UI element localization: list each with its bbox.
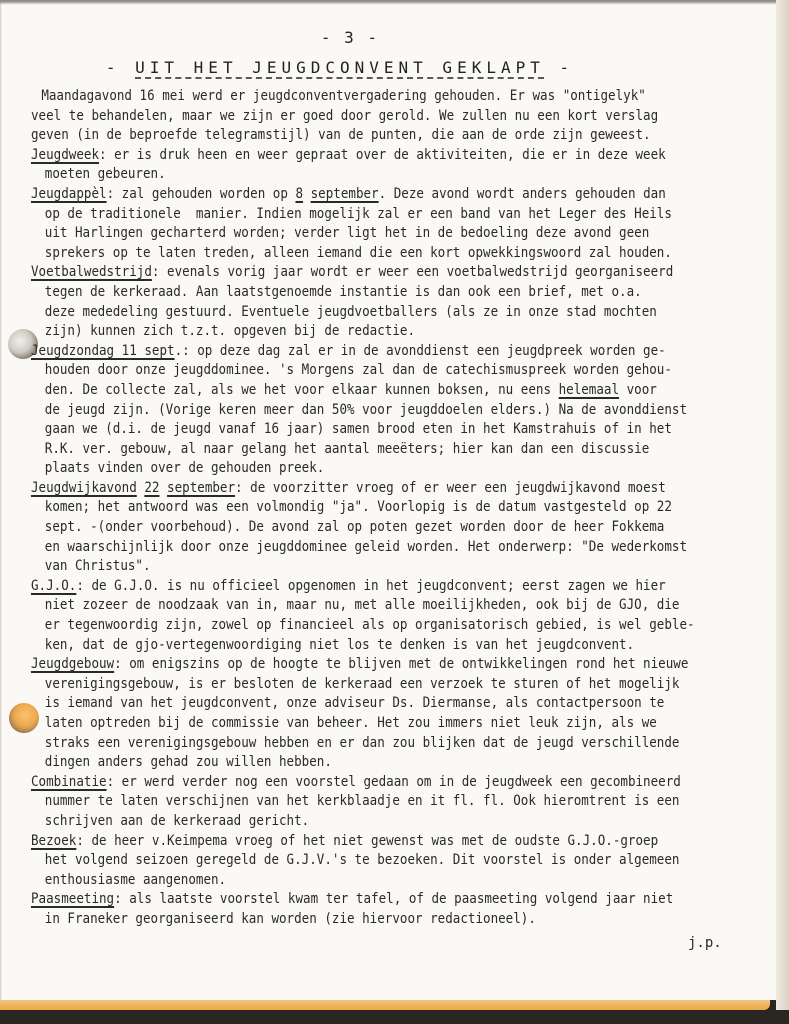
section-text: sprekers op te laten treden, alleen iema… (45, 244, 672, 261)
page-edge (776, 0, 789, 1010)
section-keyword: Combinatie (31, 773, 107, 790)
section-line: in Franeker georganiseerd kan worden (zi… (31, 909, 771, 929)
section-line: komen; het antwoord was een volmondig "j… (31, 497, 771, 517)
title-dash: - (106, 58, 135, 77)
section-keyword: Jeugdappèl (31, 185, 107, 202)
section-line: deze mededeling gestuurd. Eventuele jeug… (31, 302, 771, 322)
section-line: sprekers op te laten treden, alleen iema… (31, 243, 771, 263)
section-first-line: G.J.O.: de G.J.O. is nu officieel opgeno… (31, 576, 771, 596)
section-text: . Deze avond wordt anders gehouden dan (379, 185, 666, 202)
section-line: en waarschijnlijk door onze jeugddominee… (31, 537, 771, 557)
section-first-line: Voetbalwedstrijd: evenals vorig jaar wor… (31, 262, 771, 282)
section-first-line: Jeugdappèl: zal gehouden worden op 8 sep… (31, 184, 771, 204)
underlined-date: september (311, 185, 379, 202)
section-text: laten optreden bij de commissie van behe… (45, 714, 657, 731)
section-keyword: G.J.O. (31, 577, 76, 594)
section-text: R.K. ver. gebouw, al naar gelang het aan… (45, 440, 649, 457)
section-text: is iemand van het jeugdconvent, onze adv… (45, 694, 665, 711)
section-text: verenigingsgebouw, is er besloten de ker… (45, 675, 680, 692)
section-line: schrijven aan de kerkeraad gericht. (31, 811, 771, 831)
section-text: tegen de kerkeraad. Aan laatstgenoemde i… (45, 283, 642, 300)
section-line: het volgend seizoen geregeld de G.J.V.'s… (31, 850, 771, 870)
section-line: nummer te laten verschijnen van het kerk… (31, 791, 771, 811)
section-text: uit Harlingen gecharterd worden; verder … (45, 224, 649, 241)
section-text: voor (619, 381, 657, 398)
section-first-line: Jeugdzondag 11 sept.: op deze dag zal er… (31, 341, 771, 361)
section-text: den. De collecte zal, als we het voor el… (45, 381, 559, 398)
page-title: - UIT HET JEUGDCONVENT GEKLAPT - (0, 58, 680, 77)
section-keyword: Jeugdweek (31, 146, 99, 163)
section-text: de jeugd zijn. (Vorige keren meer dan 50… (45, 401, 687, 418)
section-text: : zal gehouden worden op (107, 185, 296, 202)
section-line: sept. -(onder voorbehoud). De avond zal … (31, 517, 771, 537)
section-text: ken, dat de gjo-vertegenwoordiging niet … (45, 636, 634, 653)
section-text: zijn) kunnen zich t.z.t. opgeven bij de … (45, 322, 415, 339)
section-line: er tegenwoordig zijn, zowel op financiee… (31, 615, 771, 635)
section-text (303, 185, 311, 202)
section-text: : de G.J.O. is nu officieel opgenomen in… (76, 577, 665, 594)
underlined-date: 22 (144, 479, 159, 496)
section-keyword: Jeugdgebouw (31, 655, 114, 672)
section-line: de jeugd zijn. (Vorige keren meer dan 50… (31, 400, 771, 420)
section-text: : als laatste voorstel kwam ter tafel, o… (114, 890, 673, 907)
section-text: straks een verenigingsgebouw hebben en e… (45, 734, 680, 751)
section-text: .: op deze dag zal er in de avonddienst … (175, 342, 666, 359)
article-body: Maandagavond 16 mei werd er jeugdconvent… (31, 86, 771, 929)
section-text: : de voorzitter vroeg of er weer een jeu… (235, 479, 666, 496)
section-first-line: Jeugdweek: er is druk heen en weer gepra… (31, 145, 771, 165)
section-line: zijn) kunnen zich t.z.t. opgeven bij de … (31, 321, 771, 341)
section-keyword: Voetbalwedstrijd (31, 263, 152, 280)
intro-line: geven (in de beproefde telegramstijl) va… (31, 125, 771, 145)
section-text: van Christus". (45, 557, 151, 574)
section-text: er tegenwoordig zijn, zowel op financiee… (45, 616, 695, 633)
section-text: op de traditionele manier. Indien mogeli… (45, 205, 672, 222)
section-line: niet zozeer de noodzaak van in, maar nu,… (31, 595, 771, 615)
section-first-line: Jeugdgebouw: om enigszins op de hoogte t… (31, 654, 771, 674)
section-text: : evenals vorig jaar wordt er weer een v… (152, 263, 673, 280)
section-line: gaan we (d.i. de jeugd vanaf 16 jaar) sa… (31, 419, 771, 439)
section-first-line: Jeugdwijkavond 22 september: de voorzitt… (31, 478, 771, 498)
section-text: : er is druk heen en weer gepraat over d… (99, 146, 666, 163)
page-number: - 3 - (0, 28, 700, 47)
underlined-word: helemaal (559, 381, 619, 398)
section-line: uit Harlingen gecharterd worden; verder … (31, 223, 771, 243)
section-text: enthousiasme aangenomen. (45, 871, 226, 888)
section-text: en waarschijnlijk door onze jeugddominee… (45, 538, 687, 555)
section-text: deze mededeling gestuurd. Eventuele jeug… (45, 303, 657, 320)
section-text: plaats vinden over de gehouden preek. (45, 459, 325, 476)
section-text: houden door onze jeugddominee. 's Morgen… (45, 361, 672, 378)
title-text: UIT HET JEUGDCONVENT GEKLAPT (135, 58, 545, 77)
intro-line: Maandagavond 16 mei werd er jeugdconvent… (31, 86, 771, 106)
section-text: : om enigszins op de hoogte te blijven m… (114, 655, 688, 672)
section-text: : er werd verder nog een voorstel gedaan… (107, 773, 681, 790)
section-line: van Christus". (31, 556, 771, 576)
section-line: op de traditionele manier. Indien mogeli… (31, 204, 771, 224)
section-first-line: Bezoek: de heer v.Keimpema vroeg of het … (31, 831, 771, 851)
section-line: laten optreden bij de commissie van behe… (31, 713, 771, 733)
section-line: tegen de kerkeraad. Aan laatstgenoemde i… (31, 282, 771, 302)
section-line: plaats vinden over de gehouden preek. (31, 458, 771, 478)
signature: j.p. (688, 935, 722, 951)
section-keyword: Bezoek (31, 832, 76, 849)
section-text: het volgend seizoen geregeld de G.J.V.'s… (45, 851, 680, 868)
section-line: ken, dat de gjo-vertegenwoordiging niet … (31, 635, 771, 655)
section-keyword: Jeugdzondag 11 sept (31, 342, 175, 359)
section-text: niet zozeer de noodzaak van in, maar nu,… (45, 596, 680, 613)
section-text: moeten gebeuren. (45, 165, 166, 182)
section-keyword: Paasmeeting (31, 890, 114, 907)
section-text: komen; het antwoord was een volmondig "j… (45, 498, 672, 515)
section-text: in Franeker georganiseerd kan worden (zi… (45, 910, 536, 927)
background (0, 1010, 789, 1024)
section-text: gaan we (d.i. de jeugd vanaf 16 jaar) sa… (45, 420, 672, 437)
section-line: moeten gebeuren. (31, 164, 771, 184)
section-line: straks een verenigingsgebouw hebben en e… (31, 733, 771, 753)
section-text: nummer te laten verschijnen van het kerk… (45, 792, 680, 809)
section-first-line: Combinatie: er werd verder nog een voors… (31, 772, 771, 792)
section-text: sept. -(onder voorbehoud). De avond zal … (45, 518, 665, 535)
section-line: R.K. ver. gebouw, al naar gelang het aan… (31, 439, 771, 459)
section-first-line: Paasmeeting: als laatste voorstel kwam t… (31, 889, 771, 909)
section-line: enthousiasme aangenomen. (31, 870, 771, 890)
section-line: verenigingsgebouw, is er besloten de ker… (31, 674, 771, 694)
section-line: den. De collecte zal, als we het voor el… (31, 380, 771, 400)
section-line: dingen anders gehad zou willen hebben. (31, 752, 771, 772)
section-text: : de heer v.Keimpema vroeg of het niet g… (76, 832, 658, 849)
section-keyword: Jeugdwijkavond (31, 479, 137, 496)
section-text: schrijven aan de kerkeraad gericht. (45, 812, 309, 829)
page-bottom-edge (0, 1000, 770, 1010)
section-text (137, 479, 145, 496)
section-line: is iemand van het jeugdconvent, onze adv… (31, 693, 771, 713)
intro-line: veel te behandelen, maar we zijn er goed… (31, 106, 771, 126)
underlined-date: september (167, 479, 235, 496)
section-line: houden door onze jeugddominee. 's Morgen… (31, 360, 771, 380)
section-text: dingen anders gehad zou willen hebben. (45, 753, 332, 770)
title-dash: - (545, 58, 574, 77)
